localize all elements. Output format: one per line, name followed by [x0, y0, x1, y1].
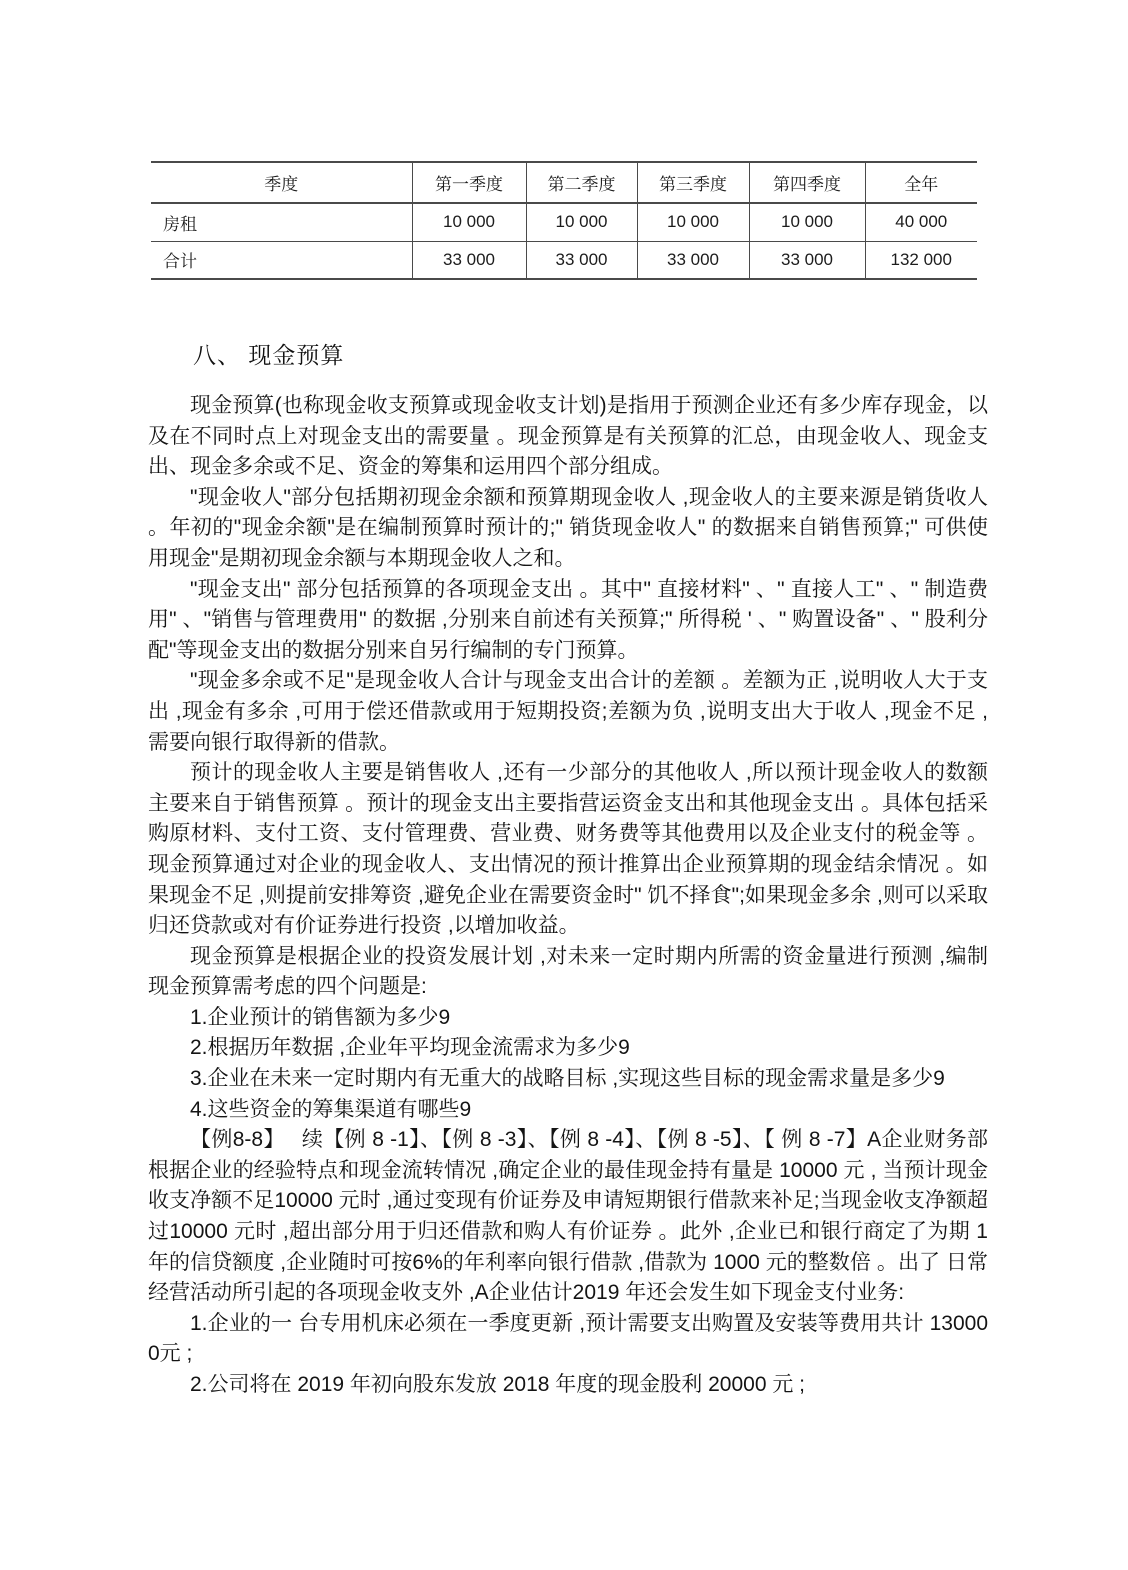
paragraph: "现金收人"部分包括期初现金余额和预算期现金收人 ,现金收人的主要来源是销货收人… [148, 483, 988, 575]
paragraph: "现金支出" 部分包括预算的各项现金支出 。其中" 直接材料" 、" 直接人工"… [148, 575, 988, 667]
document-page: 季度 第一季度 第二季度 第三季度 第四季度 全年 房租 10 000 10 0… [0, 0, 1128, 1570]
list-item: 1.企业预计的销售额为多少9 [148, 1003, 988, 1034]
row-label-cell: 房租 [151, 203, 412, 241]
content-column: 季度 第一季度 第二季度 第三季度 第四季度 全年 房租 10 000 10 0… [148, 0, 988, 1401]
table-cell: 10 000 [637, 203, 749, 241]
table-cell: 40 000 [865, 203, 977, 241]
table-header-cell: 第三季度 [637, 162, 749, 203]
row-label-cell: 合计 [151, 241, 412, 279]
quarterly-budget-table: 季度 第一季度 第二季度 第三季度 第四季度 全年 房租 10 000 10 0… [151, 161, 977, 280]
table-header-cell: 全年 [865, 162, 977, 203]
section-heading: 八、 现金预算 [148, 337, 988, 370]
paragraph: "现金多余或不足"是现金收人合计与现金支出合计的差额 。差额为正 ,说明收人大于… [148, 666, 988, 758]
table-cell: 33 000 [749, 241, 865, 279]
table-row: 房租 10 000 10 000 10 000 10 000 40 000 [151, 203, 977, 241]
table-cell: 33 000 [526, 241, 637, 279]
list-item: 1.企业的一 台专用机床必须在一季度更新 ,预计需要支出购置及安装等费用共计 1… [148, 1309, 988, 1370]
list-item: 3.企业在未来一定时期内有无重大的战略目标 ,实现这些目标的现金需求量是多少9 [148, 1064, 988, 1095]
example-paragraph: 【例8-8】 续【例 8 -1】、【例 8 -3】、【例 8 -4】、【例 8 … [148, 1125, 988, 1309]
table-row: 合计 33 000 33 000 33 000 33 000 132 000 [151, 241, 977, 279]
table-cell: 33 000 [637, 241, 749, 279]
table-cell: 10 000 [412, 203, 526, 241]
list-item: 2.根据历年数据 ,企业年平均现金流需求为多少9 [148, 1033, 988, 1064]
table-cell: 10 000 [526, 203, 637, 241]
list-item: 2.公司将在 2019 年初向股东发放 2018 年度的现金股利 20000 元… [148, 1370, 988, 1401]
table-header-cell: 第二季度 [526, 162, 637, 203]
paragraph: 预计的现金收人主要是销售收人 ,还有一少部分的其他收人 ,所以预计现金收人的数额… [148, 758, 988, 942]
paragraph: 现金预算是根据企业的投资发展计划 ,对未来一定时期内所需的资金量进行预测 ,编制… [148, 942, 988, 1003]
table-header-cell: 第一季度 [412, 162, 526, 203]
paragraph: 现金预算(也称现金收支预算或现金收支计划)是指用于预测企业还有多少库存现金，以及… [148, 391, 988, 483]
table-header-cell: 第四季度 [749, 162, 865, 203]
list-item: 4.这些资金的筹集渠道有哪些9 [148, 1095, 988, 1126]
table-cell: 33 000 [412, 241, 526, 279]
table-cell: 10 000 [749, 203, 865, 241]
table-header-row: 季度 第一季度 第二季度 第三季度 第四季度 全年 [151, 162, 977, 203]
table-header-cell: 季度 [151, 162, 412, 203]
table-cell: 132 000 [865, 241, 977, 279]
